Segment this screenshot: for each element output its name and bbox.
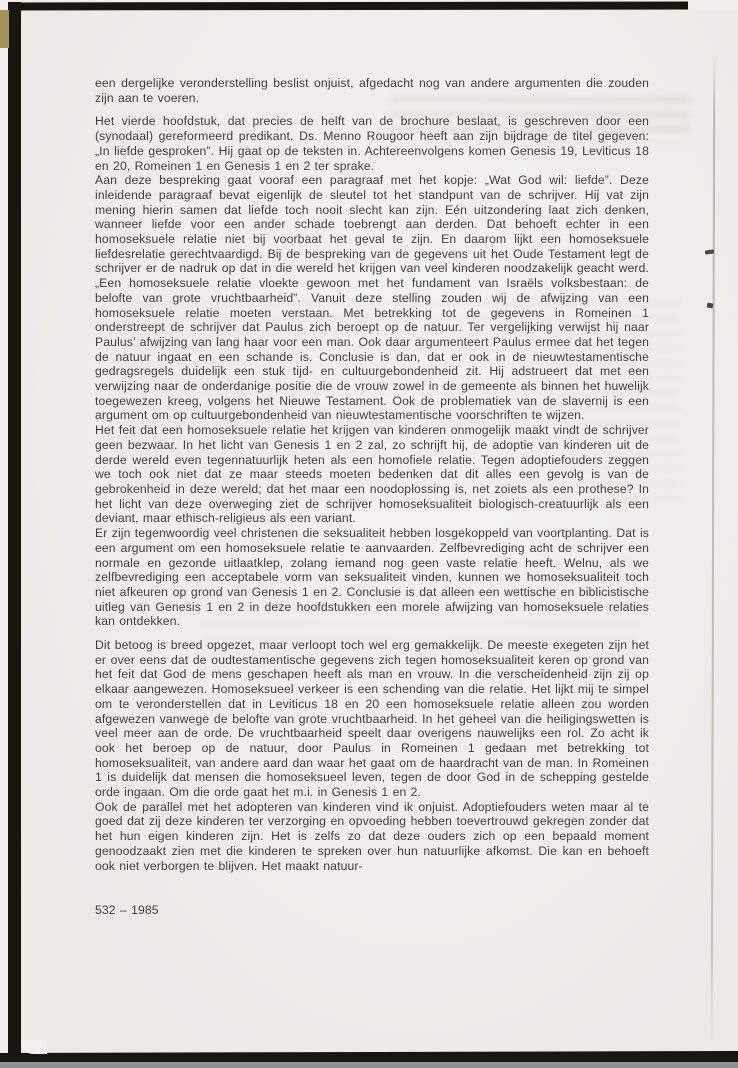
scan-frame-left	[8, 2, 21, 1060]
scanned-book-page: een dergelijke veronderstelling beslist …	[0, 0, 738, 1068]
paragraph: Ook de parallel met het adopteren van ki…	[95, 800, 649, 874]
margin-pen-mark	[707, 303, 714, 309]
body-text-column: een dergelijke veronderstelling beslist …	[95, 76, 649, 918]
paragraph: Dit betoog is breed opgezet, maar verloo…	[95, 638, 649, 800]
scan-frame-top	[8, 2, 688, 11]
paragraph: Het vierde hoofdstuk, dat precies de hel…	[95, 114, 649, 173]
book-spine-sliver	[0, 10, 9, 48]
paragraph: Aan deze bespreking gaat vooraf een para…	[95, 173, 649, 423]
paragraph: Er zijn tegenwoordig veel christenen die…	[95, 526, 649, 629]
paragraph-continuation: een dergelijke veronderstelling beslist …	[95, 76, 649, 105]
paragraph: Het feit dat een homoseksuele relatie he…	[95, 423, 649, 526]
page-number-footer: 532 – 1985	[95, 903, 649, 918]
scan-background-strip	[0, 1062, 738, 1068]
